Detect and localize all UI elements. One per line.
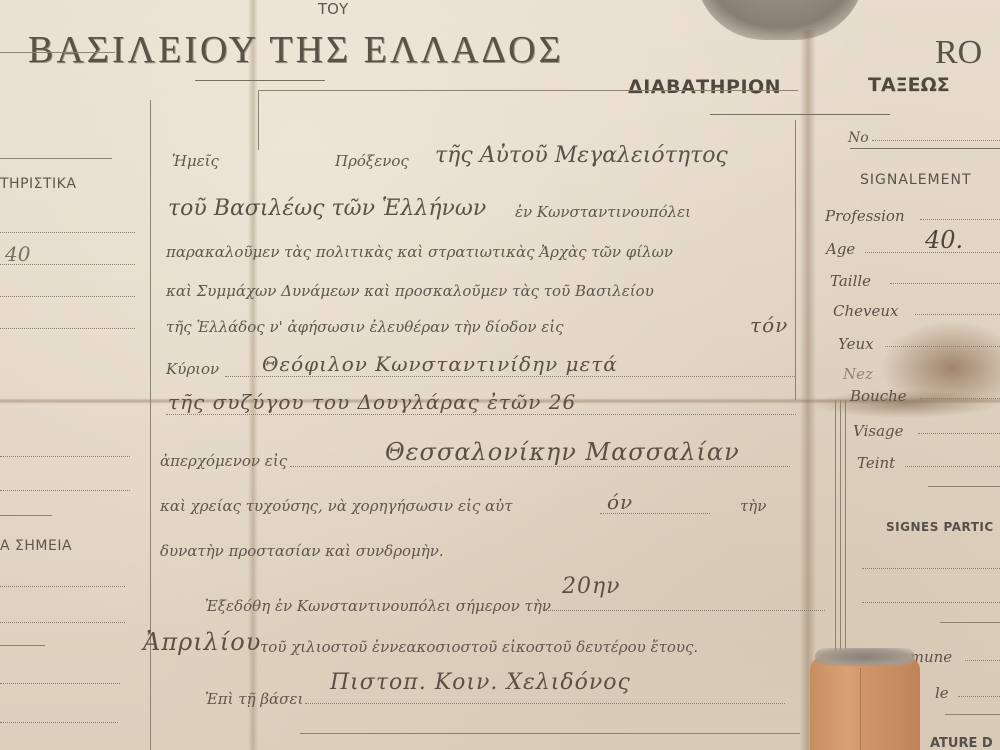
destination-field-line — [290, 466, 790, 467]
handwritten-article: τόν — [750, 313, 788, 337]
handwritten-basis: Πιστοπ. Κοιν. Χελιδόνος — [330, 670, 631, 695]
left-field-line — [0, 683, 120, 684]
cheveux-field-line — [915, 314, 1000, 315]
header-ornament-divider — [195, 80, 325, 86]
left-short-rule — [0, 515, 52, 516]
commune-rule — [945, 714, 1000, 715]
signalement-label-nez: Nez — [843, 365, 873, 383]
passport-title: ΔΙΑΒΑΤΗΡΙΟΝ — [628, 76, 781, 98]
companion-field-line — [166, 414, 796, 415]
body-line-authorities: παρακαλοῦμεν τὰς πολιτικὰς καὶ στρατιωτι… — [166, 243, 673, 261]
signes-field-line — [862, 568, 1000, 569]
signalement-label-age: Age — [826, 240, 855, 258]
signalement-label-taille: Taille — [830, 272, 871, 290]
bottom-rule — [300, 733, 800, 734]
le-label: le — [935, 684, 949, 702]
signalement-label-yeux: Yeux — [838, 335, 874, 353]
signature-label: ATURE D — [930, 736, 993, 750]
left-field-line — [0, 232, 135, 233]
signes-field-line — [862, 602, 1000, 603]
teint-field-line — [905, 466, 1000, 467]
signalement-label-bouche: Bouche — [850, 387, 907, 405]
handwritten-month: Ἀπριλίου — [143, 628, 261, 656]
taille-field-line — [890, 283, 1000, 284]
header-right-fragment: RO — [935, 34, 982, 72]
number-label: No — [848, 130, 869, 146]
signalement-title: SIGNALEMENT — [860, 172, 972, 188]
commune-field-line — [965, 660, 1000, 661]
left-column-heading-marks: Α ΣΗΜΕΙΑ — [0, 538, 72, 554]
left-field-line — [0, 456, 130, 457]
name-field-line — [225, 376, 795, 377]
left-column-value: 40 — [5, 242, 30, 266]
basis-field-line — [305, 703, 785, 704]
date-field-line — [545, 610, 825, 611]
body-we: Ἡμεῖς — [172, 152, 219, 170]
handwritten-day: 20ην — [562, 574, 621, 599]
profession-field-line — [920, 219, 1000, 220]
left-field-line — [0, 328, 135, 329]
body-line-free-passage: τῆς Ἑλλάδος ν' ἀφήσωσιν ἐλευθέραν τὴν δί… — [166, 318, 564, 336]
number-field-line — [872, 140, 1000, 141]
signalement-label-teint: Teint — [857, 454, 895, 472]
yeux-field-line — [885, 346, 1000, 347]
left-field-line — [0, 490, 130, 491]
left-field-line — [0, 296, 135, 297]
handwritten-destination: Θεσσαλονίκην Μασσαλίαν — [385, 438, 740, 466]
left-field-line — [0, 586, 125, 587]
left-field-line — [0, 622, 125, 623]
left-column-heading-characteristics: ΤΗΡΙΣΤΙΚΑ — [0, 176, 76, 192]
main-frame-top-left — [258, 90, 259, 150]
bouche-field-line — [920, 398, 1000, 399]
wooden-object-top — [815, 648, 915, 666]
class-label: ΤΑΞΕΩΣ — [868, 74, 950, 96]
header-tou: ΤΟΥ — [318, 0, 348, 18]
signes-particuliers-title: SIGNES PARTIC — [886, 520, 994, 534]
left-short-rule — [0, 645, 45, 646]
body-issued-in: Ἐξεδόθη ἐν Κωνσταντινουπόλει σήμερον τὴν — [205, 597, 551, 615]
handwritten-companion: τῆς συζύγου του Δουγλάρας ἐτῶν 26 — [168, 390, 576, 414]
body-line-provide: καὶ χρείας τυχούσης, νὰ χορηγήσωσιν εἰς … — [160, 497, 513, 515]
date-le-field-line — [958, 696, 1000, 697]
handwritten-suffix: όν — [607, 490, 633, 514]
body-king-of-hellenes: τοῦ Βασιλέως τῶν Ἑλλήνων — [168, 196, 486, 221]
number-underline — [850, 148, 1000, 149]
body-majesty: τῆς Αὐτοῦ Μεγαλειότητος — [435, 143, 728, 168]
body-mister-label: Κύριον — [166, 360, 219, 378]
signalement-rule — [928, 486, 1000, 487]
wooden-object-foreground — [810, 656, 920, 750]
left-field-line — [0, 722, 118, 723]
signalement-label-visage: Visage — [853, 422, 904, 440]
body-line-allied-powers: καὶ Συμμάχων Δυνάμεων καὶ προσκαλοῦμεν τ… — [166, 282, 654, 300]
left-field-line — [0, 264, 135, 265]
signalement-value-age: 40. — [925, 226, 963, 254]
title-underline — [710, 114, 890, 115]
body-consul: Πρόξενος — [335, 152, 409, 170]
signes-rule — [940, 622, 1000, 623]
main-frame-top — [258, 90, 798, 91]
signalement-label-profession: Profession — [825, 207, 905, 225]
body-the: τὴν — [740, 497, 766, 515]
wooden-object-seam — [860, 668, 861, 750]
left-rule — [0, 158, 112, 159]
suffix-field-line — [600, 513, 710, 514]
main-frame-right — [795, 120, 796, 400]
visage-field-line — [918, 433, 1000, 434]
body-year: τοῦ χιλιοστοῦ ἐννεακοσιοστοῦ εἰκοστοῦ δε… — [260, 638, 698, 656]
handwritten-bearer-name: Θεόφιλον Κωνσταντινίδην μετά — [262, 352, 618, 376]
left-top-rule — [0, 52, 115, 53]
body-departing-to: ἀπερχόμενον εἰς — [160, 452, 287, 470]
header-kingdom-title: ΒΑΣΙΛΕΙΟΥ ΤΗΣ ΕΛΛΑΔΟΣ — [28, 28, 564, 72]
body-based-on: Ἐπὶ τῇ βάσει — [205, 690, 303, 708]
signalement-label-cheveux: Cheveux — [833, 302, 899, 320]
body-in-constantinople: ἐν Κωνσταντινουπόλει — [515, 203, 691, 221]
body-line-protection: δυνατὴν προστασίαν καὶ συνδρομὴν. — [160, 542, 444, 560]
